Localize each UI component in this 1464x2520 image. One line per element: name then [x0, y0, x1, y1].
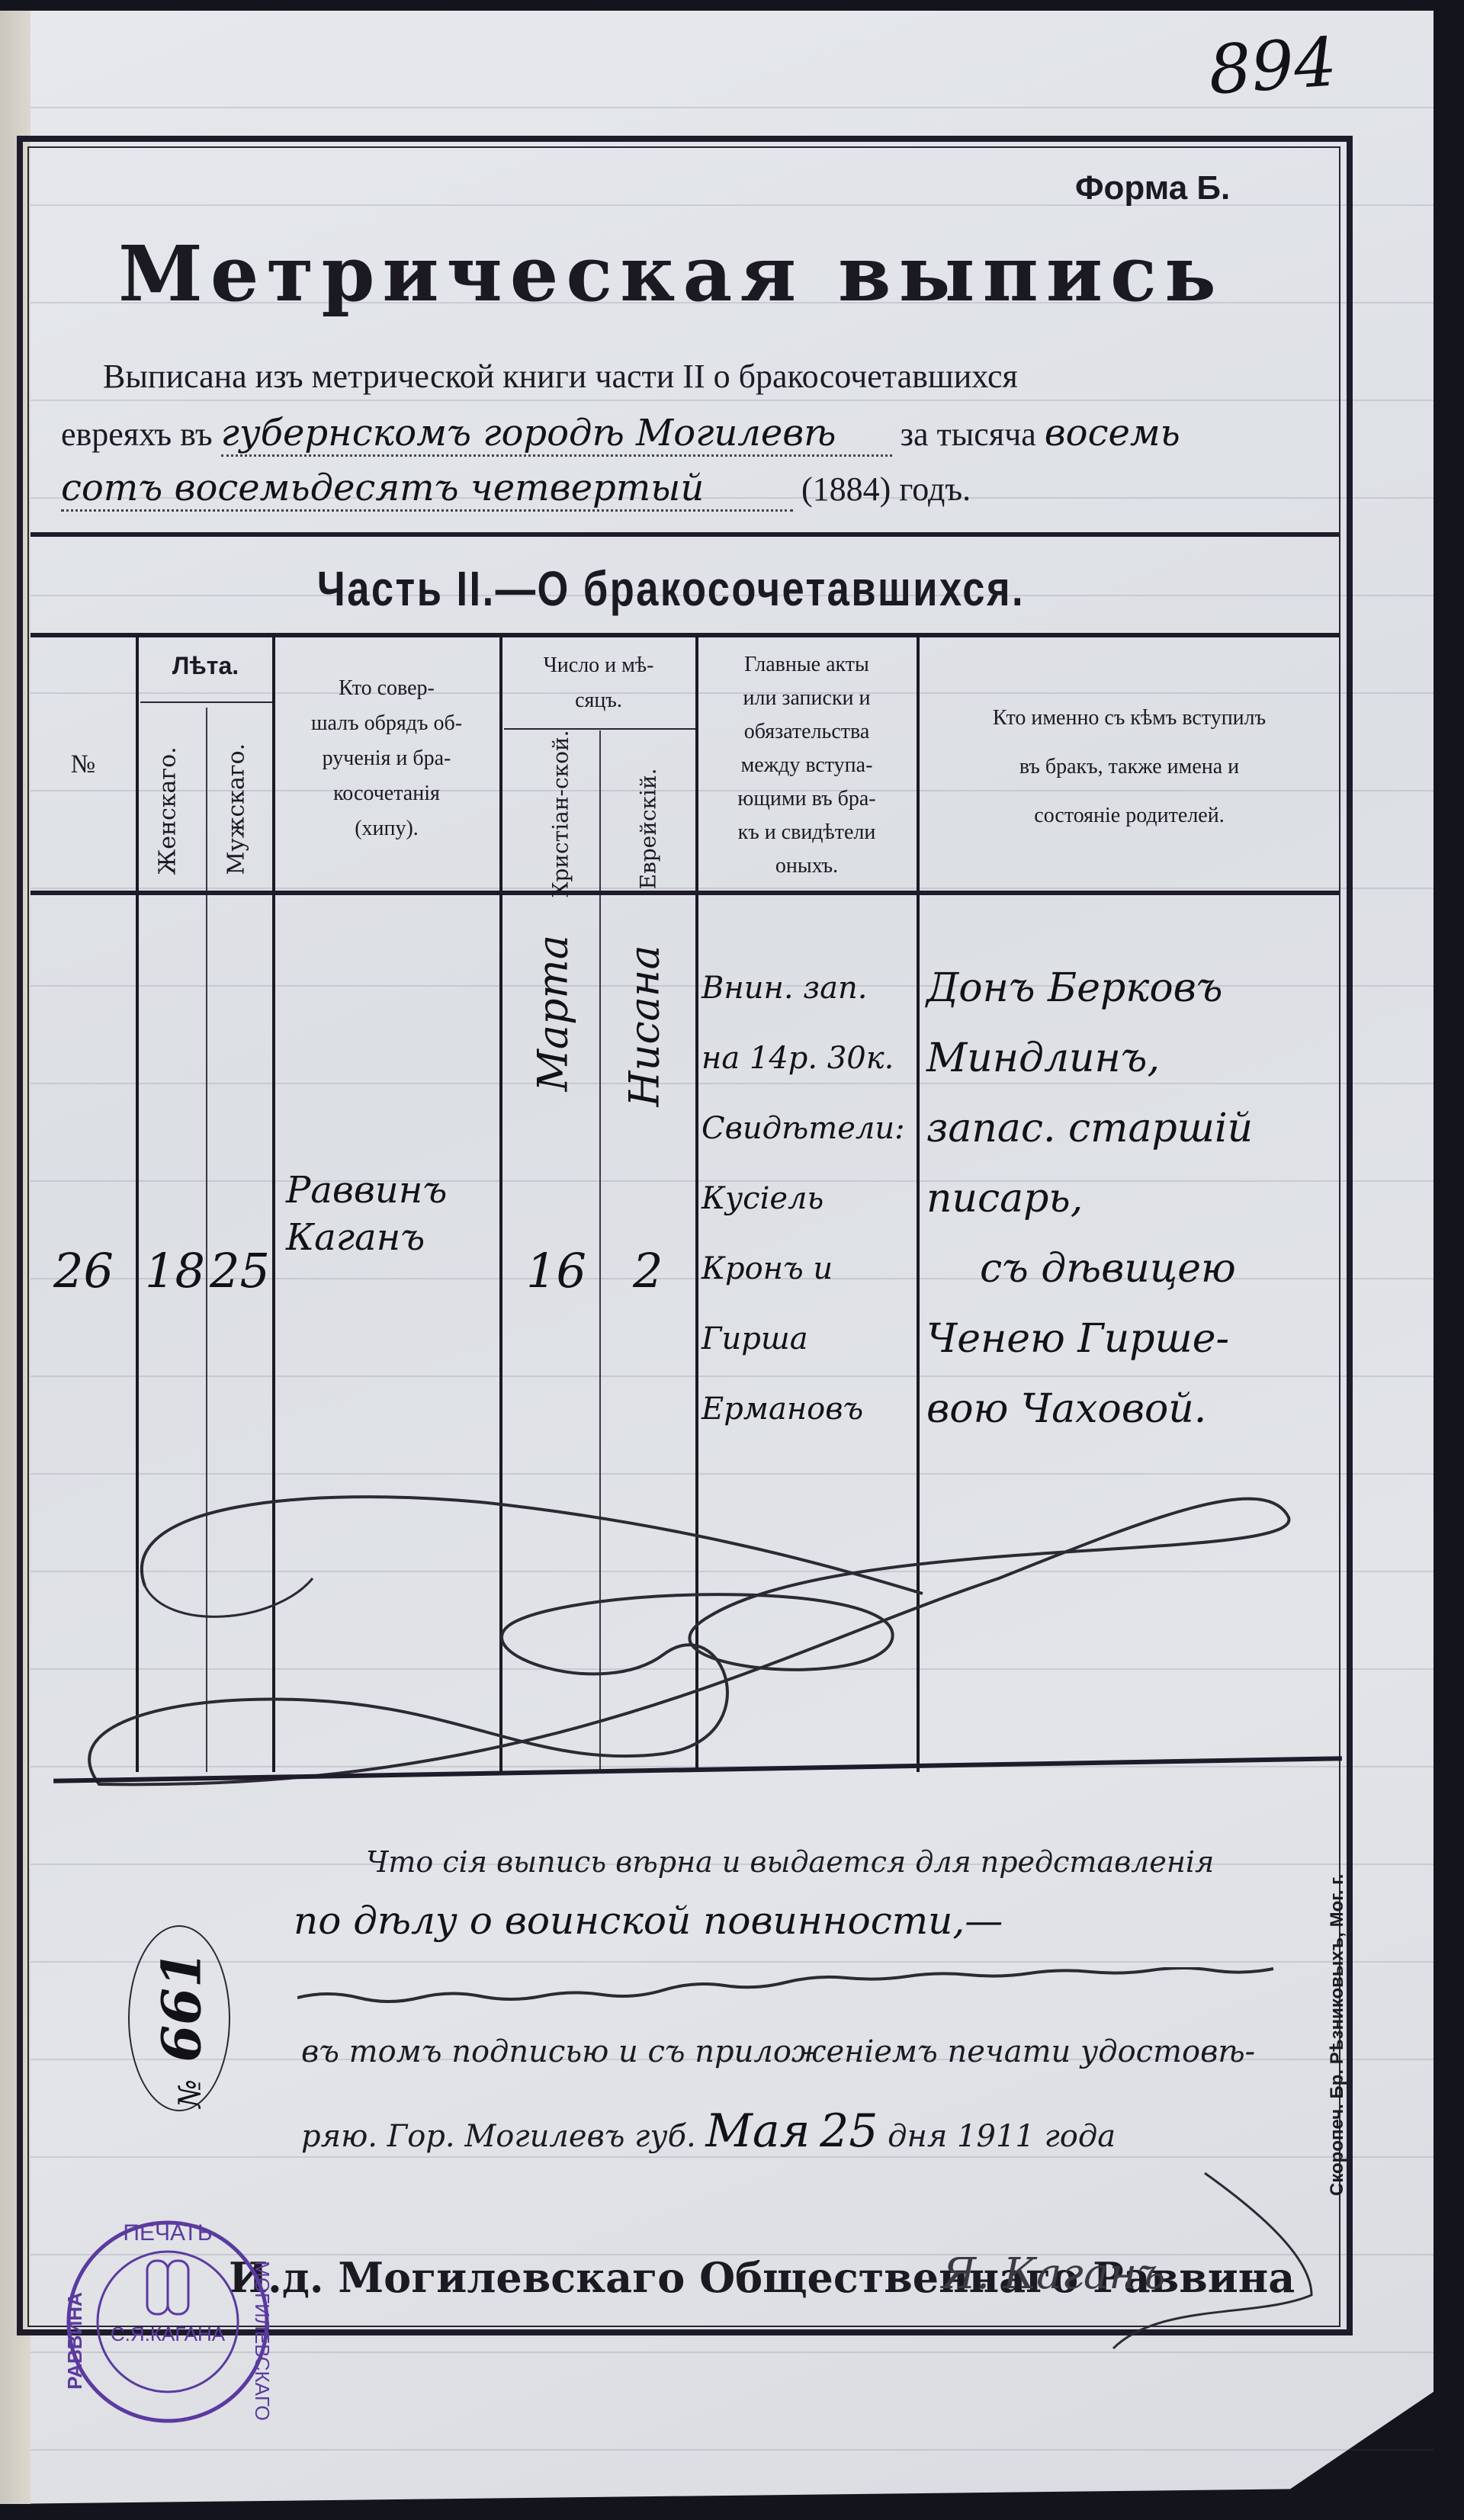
header-bottom-line — [30, 891, 1339, 895]
cell-day-christian: 16 — [526, 1243, 586, 1299]
header-age-female: Женскаго. — [155, 723, 181, 875]
header-parties: Кто именно съ кѣмъ вступилъ въ бракъ, та… — [920, 694, 1339, 840]
cell-officiant: Раввинъ Каганъ — [286, 1167, 447, 1261]
cell-age-male: 25 — [210, 1243, 270, 1299]
header-age-male: Мужскаго. — [223, 723, 250, 875]
cell-day-jewish: 2 — [633, 1243, 663, 1299]
register-number: № 661 — [150, 1950, 213, 2107]
header-number: № — [30, 747, 136, 782]
wavy-fill-line — [297, 1967, 1311, 2005]
form-label: Форма Б. — [1075, 169, 1230, 207]
certification-line-1: Что сія выпись вѣрна и выдается для пред… — [366, 1845, 1214, 1879]
divider — [30, 633, 1339, 637]
cancel-flourish — [84, 1472, 1327, 1792]
intro-line-3: сотъ восемьдесятъ четвертый (1884) годъ. — [61, 467, 971, 512]
svg-text:С.Я.КАГАНА: С.Я.КАГАНА — [111, 2323, 226, 2345]
subheader-line — [140, 701, 272, 703]
cell-acts: Внин. зап. на 14р. 30к. Свидѣтели: Кусіе… — [701, 953, 905, 1444]
rabbi-stamp: С.Я.КАГАНА ПЕЧАТЬ МОГИЛЕВСКАГО РАВВИНА — [65, 2188, 278, 2432]
document-title: Метрическая выпись — [0, 229, 1342, 319]
intro-year-words-1: восемь — [1045, 412, 1180, 454]
archive-number: 894 — [1206, 22, 1340, 109]
intro-line-2: евреяхъ въ губернскомъ городѣ Могилевѣ з… — [61, 412, 1180, 457]
header-officiant: Кто совер- шалъ обрядъ об- рученія и бра… — [276, 671, 497, 846]
place-label: ряю. Гор. Могилевъ губ. — [301, 2119, 696, 2154]
date-month: Мая — [705, 2104, 810, 2158]
date-suffix: дня 1911 года — [888, 2119, 1116, 2154]
svg-text:ПЕЧАТЬ: ПЕЧАТЬ — [123, 2220, 212, 2246]
printer-credit: Скоропеч. Бр. Рѣзниковыхъ, Мог. г. — [1327, 1874, 1348, 2196]
intro-year-number: (1884) — [801, 470, 891, 508]
header-date-jewish: Еврейскій. — [636, 730, 661, 890]
certification-purpose: по дѣлу о воинской повинности,— — [294, 1899, 1003, 1943]
svg-text:РАВВИНА: РАВВИНА — [65, 2292, 86, 2390]
certification-line-3: въ томъ подписью и съ приложеніемъ печат… — [301, 2034, 1255, 2069]
cell-age-female: 18 — [145, 1243, 205, 1299]
header-date: Число и мѣ- сяцъ. — [503, 648, 694, 718]
part-heading: Часть II.—О бракосочетавшихся. — [120, 560, 1221, 617]
signature-flourish — [1067, 2165, 1342, 2364]
cell-month-christian: Марта — [529, 939, 577, 1092]
header-acts: Главные акты или записки и обязательства… — [698, 648, 915, 883]
header-ages: Лѣта. — [139, 648, 272, 683]
intro-suffix: годъ. — [899, 470, 971, 508]
intro-year-words-2: сотъ восемьдесятъ четвертый — [61, 467, 793, 512]
divider — [30, 532, 1339, 537]
intro-line-1: Выписана изъ метрической книги части II … — [103, 357, 1018, 396]
cell-parties: Донъ Берковъ Миндлинъ, запас. старшій пи… — [926, 953, 1253, 1444]
subheader-line — [504, 728, 695, 730]
intro-mid: за тысяча — [901, 416, 1036, 453]
cell-number: 26 — [53, 1243, 114, 1299]
date-day: 25 — [820, 2104, 878, 2158]
certification-line-4: ряю. Гор. Могилевъ губ. Мая 25 дня 1911 … — [301, 2104, 1116, 2158]
intro-place: губернскомъ городѣ Могилевѣ — [221, 412, 892, 457]
intro-prefix: евреяхъ въ — [61, 416, 213, 453]
tablets-icon — [147, 2261, 168, 2314]
header-date-christian: Христіан-ской. — [548, 722, 573, 897]
cell-month-jewish: Нисана — [621, 955, 669, 1107]
svg-text:МОГИЛЕВСКАГО: МОГИЛЕВСКАГО — [251, 2261, 274, 2421]
